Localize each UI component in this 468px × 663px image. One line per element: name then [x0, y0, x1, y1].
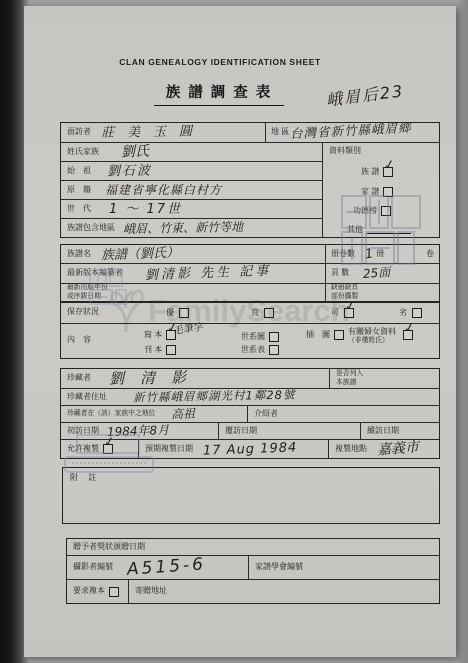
content-lineage-table: 世系表 [241, 345, 279, 355]
family-value: 劉氏 [121, 145, 149, 160]
collector-table: 珍藏者 劉清影 是否列入 本族譜 珍藏者住址 新竹縣峨眉鄉湖光村1鄰28號 珍藏… [60, 368, 440, 459]
checkmark: ✓ [383, 158, 396, 173]
followup-visit-label: 續訪日期 [367, 427, 399, 436]
volumes-label: 冊卷數 [331, 250, 355, 259]
category-other-blank [367, 226, 411, 234]
content-women-label: 有關婦女資料 [348, 328, 396, 337]
collector-name-label: 珍藏者 [67, 374, 91, 383]
checkmark: ✓ [344, 299, 357, 314]
family-label: 姓氏家族 [67, 148, 99, 157]
condition-fair-label: 可 [331, 309, 339, 318]
region-label: 地 區 [271, 128, 289, 137]
content-printed-checkbox [166, 345, 176, 355]
condition-poor: 劣 [399, 308, 422, 318]
content-lineage-table-checkbox [269, 345, 279, 355]
compiler-label: 最新版本編纂者 [67, 269, 123, 278]
condition-good-checkbox [264, 308, 274, 318]
genealogy-title-row: 族譜名 族譜（劉氏） 冊卷數 1 冊 卷 [61, 245, 439, 264]
category-header-label: 資料類別 [329, 147, 361, 156]
condition-excellent: 優 [166, 308, 189, 318]
content-lineage-chart: 世系圖 [241, 332, 279, 342]
condition-row: 保存狀況 優 良 可 ✓ 劣 [61, 302, 439, 324]
content-illustration-checkbox [334, 330, 344, 340]
mailing-address-label: 寄贈地址 [135, 587, 167, 596]
genealogy-title-value: 族譜（劉氏） [101, 246, 179, 262]
condition-excellent-label: 優 [166, 309, 174, 318]
category-jiapu: 家 譜 [361, 187, 393, 197]
request-copy-row: 要求複本 寄贈地址 [67, 580, 439, 603]
collector-address-row: 珍藏者住址 新竹縣峨眉鄉湖光村1鄰28號 [61, 389, 439, 406]
category-gongde-label: 功德榜 [353, 207, 377, 216]
collector-position-label: 珍藏者在（該）家族中之地位 [67, 410, 155, 418]
request-copy-checkbox [109, 587, 119, 597]
collector-address-label: 珍藏者住址 [67, 393, 107, 402]
condition-good: 良 [251, 308, 274, 318]
content-illustration: 插 圖 [306, 330, 344, 340]
visit-dates-row: 初訪日期 1984年8月 覆訪日期 續訪日期 [61, 423, 439, 440]
copy-date-value: 17 Aug 1984 [203, 441, 298, 457]
notes-label: 附 註 [70, 474, 100, 483]
category-jiapu-label: 家 譜 [361, 188, 379, 197]
basic-info-table: 面訪者 莊美玉圓 地 區 台灣省新竹縣峨眉鄉 姓氏家族 劉氏 始 祖 劉石波 原… [60, 122, 440, 238]
content-printed: 刊 本 [144, 345, 176, 355]
revisit-label: 覆訪日期 [225, 427, 257, 436]
coverage-value: 峨眉、竹東、新竹等地 [123, 221, 243, 235]
genealogy-survey-sheet: FamilySearch CLAN GENEALOGY IDENTIFICATI… [24, 6, 456, 657]
coverage-row: 族譜包含地區 峨眉、竹東、新竹等地 [61, 219, 322, 237]
collector-name-value: 劉清影 [109, 370, 202, 387]
content-women-checkbox: ✓ [403, 330, 413, 340]
volume-unit-label: 冊 [376, 250, 384, 259]
content-lineage-table-label: 世系表 [241, 346, 265, 355]
family-row: 姓氏家族 劉氏 [61, 143, 322, 162]
generations-value: 1 ～ 17世 [109, 203, 182, 216]
content-lineage-chart-checkbox [269, 332, 279, 342]
content-manuscript-label: 寫 本 [144, 331, 162, 340]
copy-place-value: 嘉義市 [377, 441, 420, 458]
condition-fair: 可 ✓ [331, 308, 354, 318]
coverage-label: 族譜包含地區 [67, 224, 115, 233]
checkmark: ✓ [403, 321, 416, 336]
photographer-row: 攝影者編號 A515-6 家譜學會編號 [67, 556, 439, 580]
copy-permit-label: 允許複製 [67, 445, 99, 454]
condition-label: 保存狀況 [67, 308, 99, 317]
volumes-value: 1 [364, 247, 374, 261]
condition-good-label: 良 [251, 309, 259, 318]
content-manuscript-note: 毛筆字 [172, 323, 203, 337]
first-visit-value: 1984年8月 [107, 424, 170, 438]
category-zupu-checkbox: ✓ [383, 167, 393, 177]
handwritten-code: 峨眉后23 [325, 83, 405, 108]
form-title: 族 譜 調 查 表 [154, 81, 284, 106]
content-label: 內 容 [67, 336, 91, 345]
juan-unit-label: 卷 [426, 250, 439, 259]
category-gongde-checkbox [381, 206, 391, 216]
interviewer-region-row: 面訪者 莊美玉圓 地 區 台灣省新竹縣峨眉鄉 [61, 123, 439, 143]
region-value: 台灣省新竹縣峨眉鄉 [290, 122, 412, 141]
photographer-number-label: 攝影者編號 [73, 563, 113, 572]
category-jiapu-checkbox [383, 187, 393, 197]
material-category-cell: 資料類別 族 譜 ✓ 家 譜 功德榜 其他 [323, 143, 439, 237]
collector-address-value: 新竹縣峨眉鄉湖光村1鄰28號 [133, 390, 296, 404]
collector-position-row: 珍藏者在（該）家族中之地位 高祖 介紹者 [61, 406, 439, 423]
notes-box: 附 註 [62, 467, 440, 524]
genealogy-title-label: 族譜名 [67, 250, 91, 259]
copy-permission-row: 允許複製 ✓ 預期複製日期 17 Aug 1984 複製地點 嘉義市 [61, 440, 439, 458]
category-zupu-label: 族 譜 [361, 168, 379, 177]
condition-poor-checkbox [412, 308, 422, 318]
scanner-edge-right [456, 0, 468, 663]
content-manuscript: 寫 本 ✓ [144, 330, 176, 340]
category-other-label: 其他 [347, 226, 363, 235]
copy-place-label: 複製地點 [335, 445, 367, 454]
copy-permit-checkbox: ✓ [103, 444, 113, 454]
generations-row: 世 代 1 ～ 17世 [61, 200, 322, 219]
content-illustration-label: 插 圖 [306, 331, 330, 340]
category-zupu: 族 譜 ✓ [361, 167, 393, 177]
condition-content-table: 保存狀況 優 良 可 ✓ 劣 內 容 寫 本 ✓ [60, 301, 440, 359]
pages-label: 頁 數 [331, 269, 349, 278]
publication-date-row: 最新出版年份 或序跋日期 缺冊缺頁 部份攝製 [61, 284, 439, 302]
first-visit-label: 初訪日期 [67, 427, 99, 436]
condition-poor-label: 劣 [399, 309, 407, 318]
collector-position-value: 高祖 [171, 407, 196, 420]
form-header-english: CLAN GENEALOGY IDENTIFICATION SHEET [24, 57, 416, 67]
interviewer-value: 莊美玉圓 [101, 125, 205, 140]
photographer-number-value: A515-6 [127, 556, 207, 578]
condition-fair-checkbox: ✓ [344, 308, 354, 318]
listed-in-genealogy-label: 是否列入 本族譜 [336, 370, 363, 387]
founder-label: 始 祖 [67, 167, 91, 176]
origin-row: 原 籍 福建省寧化縣白村方 [61, 181, 322, 200]
origin-value: 福建省寧化縣白村方 [105, 184, 222, 196]
award-date-row: 贈予者獎狀頒贈日期 [67, 539, 439, 556]
content-women-subnote: （非僅姓氏） [348, 337, 389, 345]
content-row: 內 容 寫 本 ✓ 毛筆字 世系圖 插 圖 刊 本 世系表 有關婦女 [61, 324, 439, 358]
content-lineage-chart-label: 世系圖 [241, 333, 265, 342]
award-date-label: 贈予者獎狀頒贈日期 [73, 543, 145, 552]
founder-value: 劉石波 [107, 164, 152, 178]
generations-label: 世 代 [67, 205, 91, 214]
request-copy-label: 要求複本 [73, 587, 105, 596]
category-other: 其他 [347, 226, 411, 235]
introducer-label: 介紹者 [254, 410, 278, 419]
checkmark: ✓ [103, 435, 116, 450]
compiler-row: 最新版本編纂者 劉清影 先生 記事 頁 數 25面 [61, 264, 439, 283]
category-gongde: 功德榜 [353, 206, 391, 216]
copy-date-label: 預期複製日期 [145, 445, 193, 454]
content-printed-label: 刊 本 [144, 346, 162, 355]
origin-label: 原 籍 [67, 186, 91, 195]
society-number-label: 家譜學會編號 [255, 563, 303, 572]
compiler-value: 劉清影 先生 記事 [145, 265, 272, 282]
collector-name-row: 珍藏者 劉清影 是否列入 本族譜 [61, 369, 439, 389]
interviewer-label: 面訪者 [67, 128, 91, 137]
condition-excellent-checkbox [179, 308, 189, 318]
edition-info-table: 族譜名 族譜（劉氏） 冊卷數 1 冊 卷 最新版本編纂者 劉清影 先生 記事 頁… [60, 244, 440, 303]
publication-date-label: 最新出版年份 或序跋日期 [67, 284, 108, 301]
founder-row: 始 祖 劉石波 [61, 162, 322, 181]
pages-value: 25面 [363, 267, 391, 281]
footer-table: 贈予者獎狀頒贈日期 攝影者編號 A515-6 家譜學會編號 要求複本 寄贈地址 [66, 538, 440, 604]
